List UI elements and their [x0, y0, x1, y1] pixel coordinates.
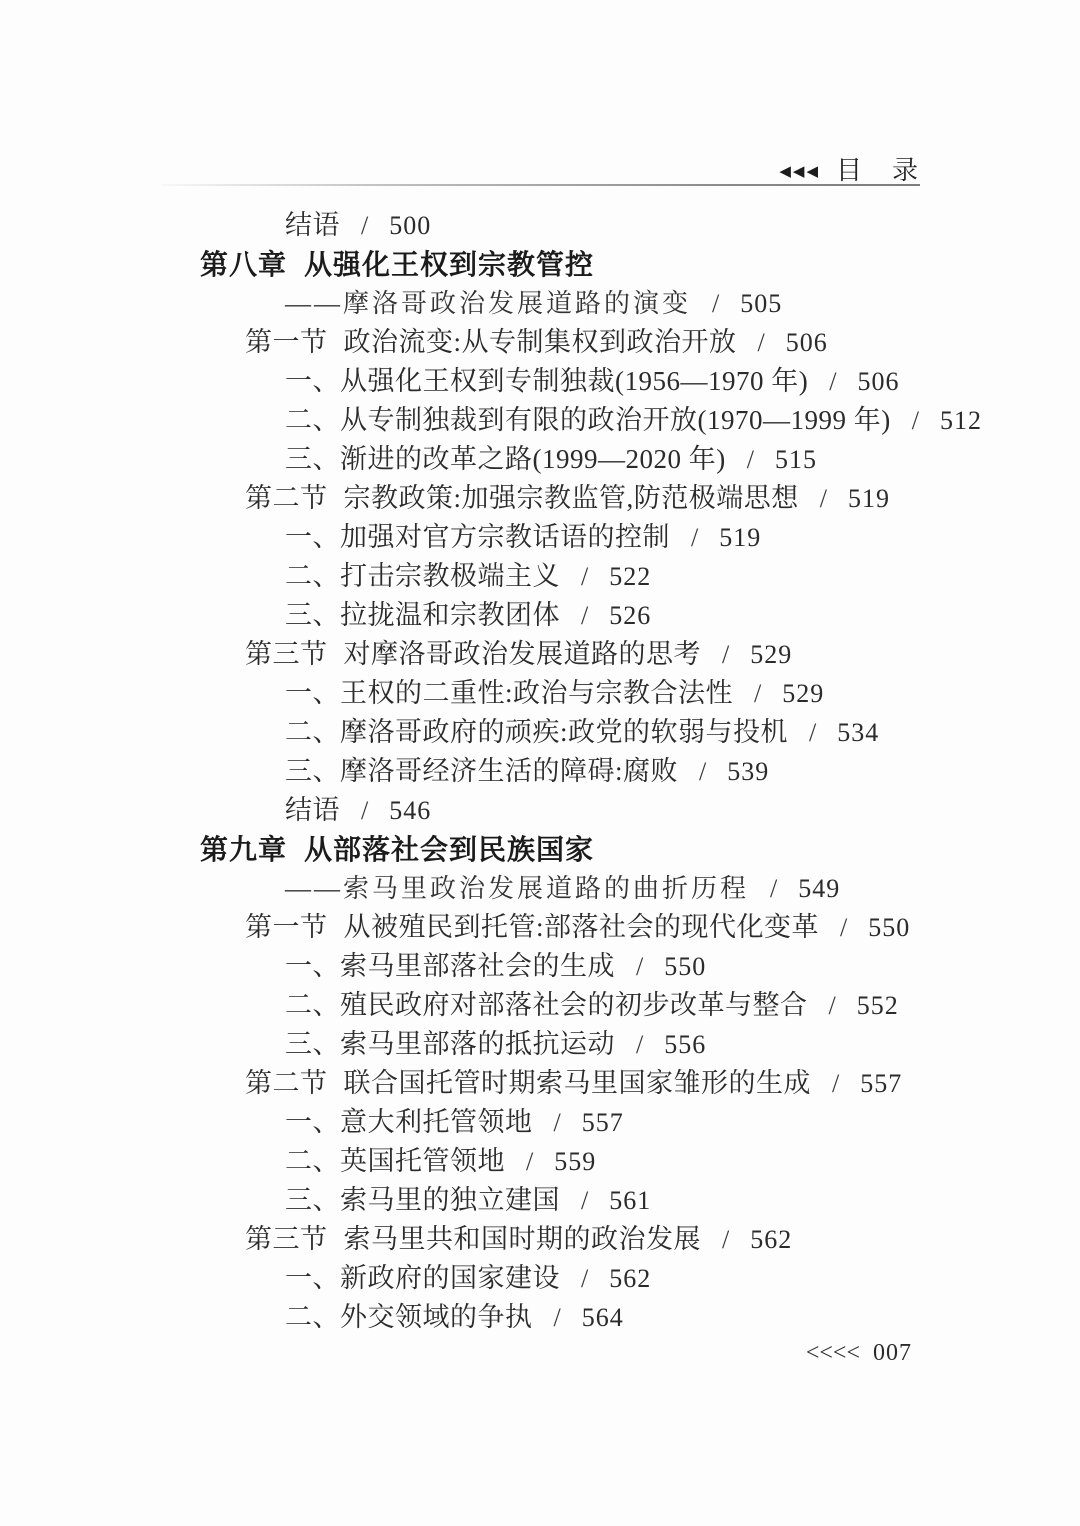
entry-separator: /	[554, 1108, 561, 1137]
entry-title: 对摩洛哥政治发展道路的思考	[344, 639, 702, 669]
toc-entry-item: 一、意大利托管领地/557	[200, 1103, 980, 1142]
entry-separator: /	[699, 757, 706, 786]
page-header: ◀◀◀目 录	[160, 150, 920, 187]
entry-title: 联合国托管时期索马里国家雏形的生成	[344, 1068, 812, 1098]
entry-separator: /	[912, 406, 919, 435]
entry-separator: /	[361, 211, 368, 240]
header-rule	[162, 184, 920, 186]
entry-separator: /	[581, 601, 588, 630]
entry-page-number: 529	[750, 640, 792, 669]
entry-title: 二、英国托管领地	[285, 1146, 505, 1176]
entry-page-number: 561	[609, 1186, 651, 1215]
entry-title: ——索马里政治发展道路的曲折历程	[285, 874, 749, 903]
entry-page-number: 552	[857, 991, 899, 1020]
entry-title: 一、新政府的国家建设	[285, 1263, 560, 1293]
entry-title: 一、王权的二重性:政治与宗教合法性	[285, 678, 733, 708]
entry-page-number: 526	[609, 601, 651, 630]
entry-page-number: 559	[554, 1147, 596, 1176]
entry-label: 第二节	[245, 1068, 328, 1098]
toc-entry-item: 二、摩洛哥政府的顽疾:政党的软弱与投机/534	[200, 713, 980, 752]
toc-page: ◀◀◀目 录 结语/500第八章从强化王权到宗教管控——摩洛哥政治发展道路的演变…	[0, 0, 1080, 1526]
entry-separator: /	[636, 952, 643, 981]
toc-entry-subtitle: ——摩洛哥政治发展道路的演变/505	[200, 284, 980, 323]
toc-entry-section: 第三节索马里共和国时期的政治发展/562	[200, 1220, 980, 1259]
entry-separator: /	[636, 1030, 643, 1059]
entry-page-number: 550	[868, 913, 910, 942]
toc-list: 结语/500第八章从强化王权到宗教管控——摩洛哥政治发展道路的演变/505第一节…	[200, 206, 980, 1337]
toc-entry-section: 第三节对摩洛哥政治发展道路的思考/529	[200, 635, 980, 674]
toc-entry-item: 三、摩洛哥经济生活的障碍:腐败/539	[200, 752, 980, 791]
entry-page-number: 506	[786, 328, 828, 357]
entry-separator: /	[820, 484, 827, 513]
toc-entry-item: 三、拉拢温和宗教团体/526	[200, 596, 980, 635]
entry-page-number: 557	[582, 1108, 624, 1137]
toc-entry-item: 一、王权的二重性:政治与宗教合法性/529	[200, 674, 980, 713]
entry-separator: /	[712, 289, 719, 318]
entry-separator: /	[554, 1303, 561, 1332]
entry-page-number: 505	[740, 289, 782, 318]
toc-entry-item: 结语/500	[200, 206, 980, 245]
entry-title: 结语	[285, 210, 340, 240]
entry-title: ——摩洛哥政治发展道路的演变	[285, 289, 691, 318]
entry-label: 第二节	[245, 483, 328, 513]
entry-page-number: 562	[609, 1264, 651, 1293]
entry-page-number: 550	[664, 952, 706, 981]
entry-title: 三、渐进的改革之路(1999—2020 年)	[285, 444, 726, 474]
toc-entry-item: 二、殖民政府对部落社会的初步改革与整合/552	[200, 986, 980, 1025]
entry-separator: /	[691, 523, 698, 552]
entry-separator: /	[754, 679, 761, 708]
entry-page-number: 546	[389, 796, 431, 825]
entry-page-number: 519	[848, 484, 890, 513]
entry-title: 三、摩洛哥经济生活的障碍:腐败	[285, 756, 678, 786]
toc-entry-item: 二、英国托管领地/559	[200, 1142, 980, 1181]
entry-page-number: 556	[664, 1030, 706, 1059]
entry-separator: /	[361, 796, 368, 825]
entry-label: 第八章	[200, 249, 287, 280]
entry-page-number: 562	[750, 1225, 792, 1254]
entry-label: 第一节	[245, 327, 328, 357]
entry-separator: /	[581, 1186, 588, 1215]
entry-separator: /	[829, 991, 836, 1020]
entry-separator: /	[526, 1147, 533, 1176]
header-title: 目 录	[836, 156, 920, 185]
entry-separator: /	[770, 874, 777, 903]
entry-separator: /	[829, 367, 836, 396]
entry-page-number: 534	[837, 718, 879, 747]
entry-title: 从部落社会到民族国家	[304, 834, 594, 865]
toc-entry-chapter: 第九章从部落社会到民族国家	[200, 830, 980, 869]
entry-title: 一、从强化王权到专制独裁(1956—1970 年)	[285, 366, 808, 396]
entry-title: 政治流变:从专制集权到政治开放	[344, 327, 737, 357]
entry-page-number: 512	[940, 406, 982, 435]
entry-title: 宗教政策:加强宗教监管,防范极端思想	[344, 483, 799, 513]
footer-page-number: 007	[873, 1340, 912, 1366]
entry-title: 索马里共和国时期的政治发展	[344, 1224, 702, 1254]
entry-separator: /	[758, 328, 765, 357]
toc-entry-chapter: 第八章从强化王权到宗教管控	[200, 245, 980, 284]
toc-entry-item: 一、加强对官方宗教话语的控制/519	[200, 518, 980, 557]
footer-back-arrows-icon: <<<<	[806, 1340, 860, 1366]
entry-page-number: 506	[857, 367, 899, 396]
toc-entry-section: 第一节从被殖民到托管:部落社会的现代化变革/550	[200, 908, 980, 947]
toc-entry-item: 二、外交领域的争执/564	[200, 1298, 980, 1337]
entry-label: 第九章	[200, 834, 287, 865]
entry-page-number: 500	[389, 211, 431, 240]
entry-title: 一、索马里部落社会的生成	[285, 951, 615, 981]
entry-separator: /	[581, 1264, 588, 1293]
entry-title: 二、摩洛哥政府的顽疾:政党的软弱与投机	[285, 717, 788, 747]
toc-entry-item: 三、索马里的独立建国/561	[200, 1181, 980, 1220]
entry-separator: /	[722, 1225, 729, 1254]
page-footer: <<<<007	[0, 1340, 912, 1367]
entry-title: 从被殖民到托管:部落社会的现代化变革	[344, 912, 820, 942]
toc-entry-item: 三、渐进的改革之路(1999—2020 年)/515	[200, 440, 980, 479]
entry-page-number: 539	[727, 757, 769, 786]
entry-title: 二、打击宗教极端主义	[285, 561, 560, 591]
entry-separator: /	[747, 445, 754, 474]
toc-entry-item: 三、索马里部落的抵抗运动/556	[200, 1025, 980, 1064]
toc-entry-section: 第二节联合国托管时期索马里国家雏形的生成/557	[200, 1064, 980, 1103]
entry-title: 二、殖民政府对部落社会的初步改革与整合	[285, 990, 808, 1020]
entry-label: 第三节	[245, 639, 328, 669]
entry-title: 三、索马里部落的抵抗运动	[285, 1029, 615, 1059]
toc-entry-item: 二、从专制独裁到有限的政治开放(1970—1999 年)/512	[200, 401, 980, 440]
toc-entry-subtitle: ——索马里政治发展道路的曲折历程/549	[200, 869, 980, 908]
entry-page-number: 515	[775, 445, 817, 474]
entry-page-number: 564	[582, 1303, 624, 1332]
toc-entry-item: 二、打击宗教极端主义/522	[200, 557, 980, 596]
entry-separator: /	[581, 562, 588, 591]
header-back-arrows-icon: ◀◀◀	[779, 162, 820, 180]
entry-title: 三、索马里的独立建国	[285, 1185, 560, 1215]
entry-page-number: 522	[609, 562, 651, 591]
entry-title: 二、外交领域的争执	[285, 1302, 533, 1332]
toc-entry-section: 第二节宗教政策:加强宗教监管,防范极端思想/519	[200, 479, 980, 518]
entry-page-number: 529	[782, 679, 824, 708]
entry-title: 二、从专制独裁到有限的政治开放(1970—1999 年)	[285, 405, 891, 435]
entry-separator: /	[840, 913, 847, 942]
toc-entry-item: 结语/546	[200, 791, 980, 830]
entry-page-number: 549	[798, 874, 840, 903]
entry-label: 第一节	[245, 912, 328, 942]
entry-title: 一、意大利托管领地	[285, 1107, 533, 1137]
entry-title: 从强化王权到宗教管控	[304, 249, 594, 280]
entry-separator: /	[832, 1069, 839, 1098]
entry-separator: /	[809, 718, 816, 747]
toc-entry-section: 第一节政治流变:从专制集权到政治开放/506	[200, 323, 980, 362]
entry-title: 三、拉拢温和宗教团体	[285, 600, 560, 630]
entry-label: 第三节	[245, 1224, 328, 1254]
toc-entry-item: 一、索马里部落社会的生成/550	[200, 947, 980, 986]
toc-entry-item: 一、从强化王权到专制独裁(1956—1970 年)/506	[200, 362, 980, 401]
entry-separator: /	[722, 640, 729, 669]
entry-title: 结语	[285, 795, 340, 825]
toc-entry-item: 一、新政府的国家建设/562	[200, 1259, 980, 1298]
entry-page-number: 557	[860, 1069, 902, 1098]
entry-title: 一、加强对官方宗教话语的控制	[285, 522, 670, 552]
entry-page-number: 519	[719, 523, 761, 552]
